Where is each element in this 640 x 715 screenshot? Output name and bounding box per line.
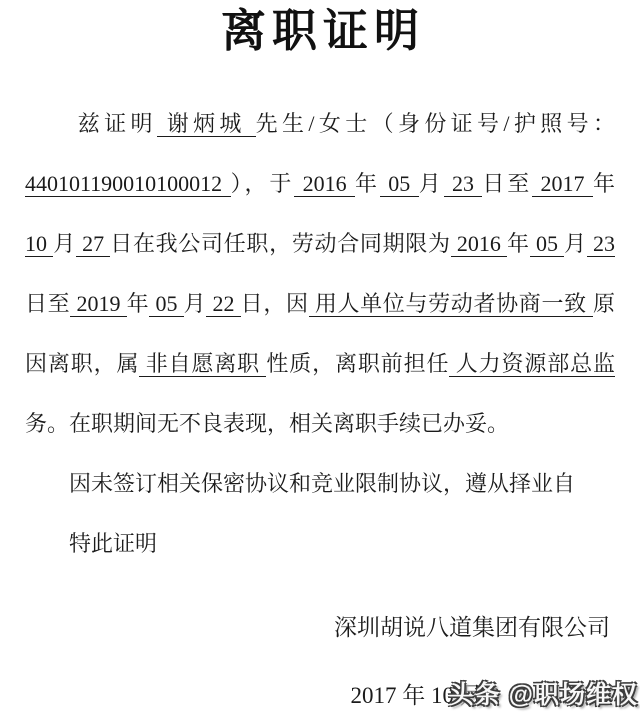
para2-line1: 因未签订相关保密协议和竞业限制协议，遵从择业自由。 [25,454,615,514]
text-segment: 务。在职期间无不良表现，相关离职手续已办妥。 [25,411,509,436]
underlined-text-segment: 05 [380,171,419,197]
text-segment: 月 [184,291,207,316]
document-title: 离职证明 [0,0,640,60]
para1-line5: 因离职，属 非自愿离职 性质，离职前担任 人力资源部总监 职 [25,334,615,394]
underlined-text-segment: 用人单位与劳动者协商一致 [309,291,593,317]
para1-line4: 日至 2019 年 05 月 22 日，因 用人单位与劳动者协商一致 原 [25,274,615,334]
underlined-text-segment: 23 [587,231,615,257]
underlined-text-segment: 谢炳城 [157,111,256,137]
para1-line1: 兹证明 谢炳城 先生/女士（身份证号/护照号： [25,94,615,154]
underlined-text-segment: 2016 [451,231,507,257]
text-segment: ），于 [231,171,295,196]
text-segment: 年 [593,171,615,196]
underlined-text-segment: 10 [25,231,53,257]
para1-line3: 10 月 27 日在我公司任职，劳动合同期限为 2016 年 05 月 23 [25,214,615,274]
underlined-text-segment: 2019 [70,291,126,317]
para1-line6: 务。在职期间无不良表现，相关离职手续已办妥。 [25,394,615,454]
underlined-text-segment: 22 [206,291,240,317]
text-segment: 日至 [482,171,532,196]
text-segment: 因未签订相关保密协议和竞业限制协议，遵从择业自由。 [25,471,575,514]
text-segment: 日至 [25,291,70,316]
para3-line1: 特此证明 [25,514,615,574]
body-lines: 兹证明 谢炳城 先生/女士（身份证号/护照号：44010119001010001… [0,94,640,574]
text-segment: 月 [419,171,444,196]
toutiao-watermark: 头条@职场维权 [449,675,638,711]
underlined-text-segment: 27 [76,231,110,257]
text-segment: 性质，离职前担任 [266,351,449,376]
underlined-text-segment: 440101190010100012 [25,171,231,197]
certificate-page: 离职证明 兹证明 谢炳城 先生/女士（身份证号/护照号：440101190010… [0,0,640,715]
text-segment: 日，因 [241,291,309,316]
text-segment: 兹证明 [25,111,157,136]
text-segment: 特此证明 [25,531,157,556]
text-segment: 年 [507,231,530,256]
text-segment: 先生/女士（身份证号/护照号： [256,111,615,136]
signature-company: 深圳胡说八道集团有限公司 [0,608,640,648]
text-segment: 年 [127,291,150,316]
text-segment: 原 [593,291,615,316]
toutiao-logo-text: 头条 [449,681,501,709]
underlined-text-segment: 05 [149,291,183,317]
text-segment: 年 [355,171,380,196]
underlined-text-segment: 人力资源部总监 [449,351,615,377]
text-segment: 月 [564,231,587,256]
underlined-text-segment: 2017 [532,171,593,197]
underlined-text-segment: 2016 [294,171,355,197]
text-segment: 因离职，属 [25,351,139,376]
text-segment: 日在我公司任职，劳动合同期限为 [110,231,450,256]
underlined-text-segment: 非自愿离职 [139,351,266,377]
underlined-text-segment: 05 [530,231,564,257]
text-segment: 月 [53,231,76,256]
underlined-text-segment: 23 [444,171,483,197]
para1-line2: 440101190010100012 ），于 2016 年 05 月 23 日至… [25,154,615,214]
watermark-handle: @职场维权 [509,681,638,709]
